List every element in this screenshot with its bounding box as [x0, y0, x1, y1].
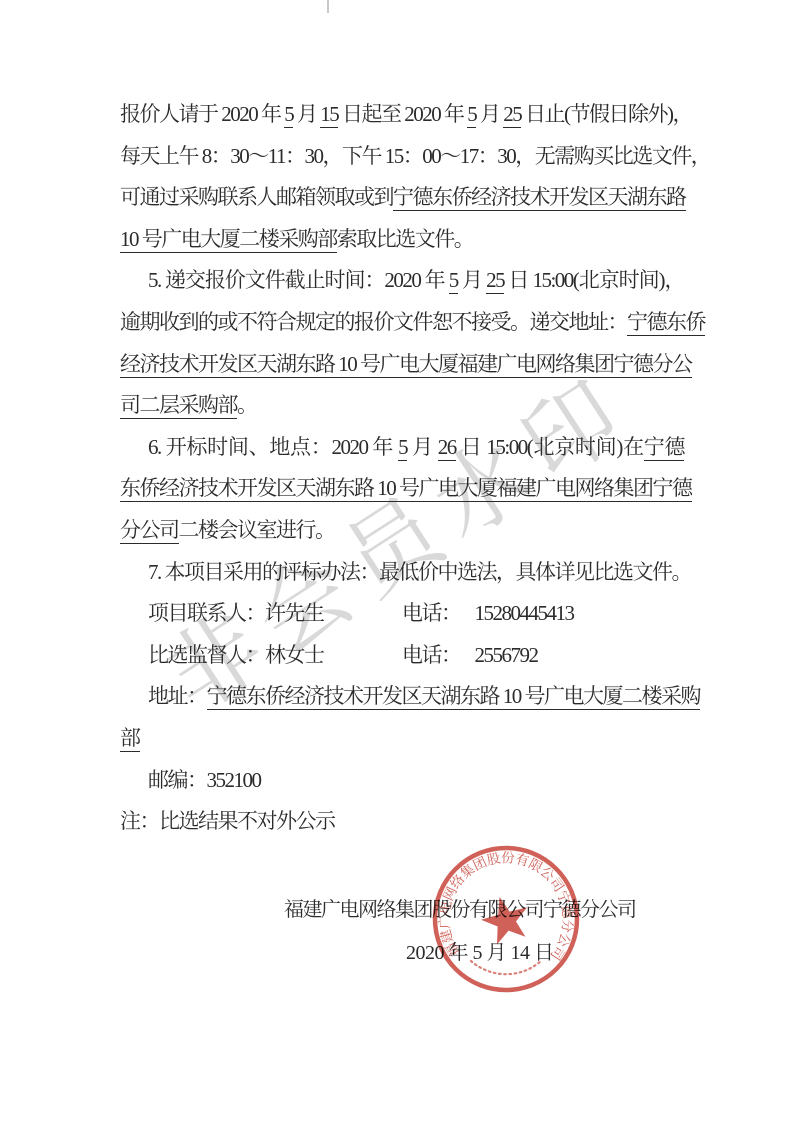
phone-number: 2556792 [475, 643, 538, 667]
text-line: 逾期收到的或不符合规定的报价文件恕不接受。递交地址：宁德东侨 [120, 302, 684, 344]
underlined-text: 10 号广电大厦二楼采购部 [120, 227, 337, 253]
underlined-text: 经济技术开发区天湖东路 10 号广电大厦福建广电网络集团宁德分公 [120, 352, 692, 378]
underlined-text: 部 [120, 726, 140, 752]
text-segment: 报价人请于 2020 年 [120, 102, 284, 126]
text-segment: 注：比选结果不对外公示 [120, 809, 335, 833]
phone-label: 电话： [402, 601, 461, 625]
contact-label: 比选监督人：林女士 [148, 635, 402, 677]
text-line: 7. 本项目采用的评标办法：最低价中选法，具体详见比选文件。 [120, 552, 684, 594]
seal-code-marks [471, 961, 541, 974]
underlined-text: 分公司 [120, 518, 179, 544]
contact-row: 项目联系人：许先生电话：15280445413 [120, 593, 684, 635]
text-segment: 可通过采购联系人邮箱领取或到 [120, 185, 393, 209]
text-segment: 月 [476, 102, 503, 126]
contact-row: 比选监督人：林女士电话：2556792 [120, 635, 684, 677]
text-line: 报价人请于 2020 年 5 月 15 日起至 2020 年 5 月 25 日止… [120, 94, 684, 136]
underlined-text: 宁德东侨经济技术开发区天湖东路 10 号广电大厦二楼采购 [207, 684, 701, 710]
text-segment: 逾期收到的或不符合规定的报价文件恕不接受。递交地址： [120, 310, 627, 334]
text-line: 可通过采购联系人邮箱领取或到宁德东侨经济技术开发区天湖东路 [120, 177, 684, 219]
text-line: 邮编：352100 [120, 760, 684, 802]
underlined-text: 5 [449, 268, 458, 294]
text-segment: 日起至 2020 年 [338, 102, 467, 126]
text-segment: 日止(节假日除外)， [521, 102, 692, 126]
text-line: 地址：宁德东侨经济技术开发区天湖东路 10 号广电大厦二楼采购 [120, 676, 684, 718]
seal-star-icon [477, 891, 535, 947]
text-segment: 二楼会议室进行。 [179, 518, 335, 542]
document-body: 报价人请于 2020 年 5 月 15 日起至 2020 年 5 月 25 日止… [120, 94, 684, 843]
underlined-text: 15 [320, 102, 338, 128]
text-segment: 地址： [148, 684, 207, 708]
underlined-text: 26 [438, 435, 456, 461]
underlined-text: 5 [467, 102, 476, 128]
underlined-text: 宁德 [644, 435, 684, 461]
text-line: 经济技术开发区天湖东路 10 号广电大厦福建广电网络集团宁德分公 [120, 344, 684, 386]
text-segment: 。 [237, 393, 257, 417]
text-segment: 日 15:00(北京时间)， [504, 268, 684, 292]
underlined-text: 25 [503, 102, 521, 128]
text-line: 5. 递交报价文件截止时间：2020 年 5 月 25 日 15:00(北京时间… [120, 260, 684, 302]
text-line: 注：比选结果不对外公示 [120, 801, 684, 843]
contact-label: 项目联系人：许先生 [148, 593, 402, 635]
text-segment: 邮编：352100 [148, 768, 261, 792]
text-line: 6. 开标时间、地点：2020 年 5 月 26 日 15:00(北京时间)在宁… [120, 427, 684, 469]
text-line: 东侨经济技术开发区天湖东路 10 号广电大厦福建广电网络集团宁德 [120, 468, 684, 510]
text-line: 分公司二楼会议室进行。 [120, 510, 684, 552]
text-segment: 月 [407, 435, 438, 459]
text-line: 每天上午 8：30～11：30，下午 15：00～17：30，无需购买比选文件， [120, 136, 684, 178]
underlined-text: 25 [486, 268, 504, 294]
text-segment: 月 [458, 268, 486, 292]
text-segment: 6. 开标时间、地点：2020 年 [148, 435, 398, 459]
underlined-text: 宁德东侨经济技术开发区天湖东路 [393, 185, 686, 211]
text-segment: 索取比选文件。 [337, 227, 474, 251]
text-segment: 每天上午 8：30～11：30，下午 15：00～17：30，无需购买比选文件， [120, 144, 710, 168]
text-segment: 日 15:00(北京时间)在 [456, 435, 644, 459]
text-segment: 5. 递交报价文件截止时间：2020 年 [148, 268, 449, 292]
underlined-text: 司二层采购部 [120, 393, 237, 419]
text-segment: 7. 本项目采用的评标办法：最低价中选法，具体详见比选文件。 [148, 560, 691, 584]
company-seal-icon: 福建广电网络集团股份有限公司宁德分公司 [428, 841, 584, 997]
underlined-text: 宁德东侨 [627, 310, 705, 336]
underlined-text: 东侨经济技术开发区天湖东路 10 号广电大厦福建广电网络集团宁德 [120, 476, 692, 502]
underlined-text: 5 [398, 435, 407, 461]
scan-artifact-mark [327, 0, 329, 13]
document-page: 非会员水印 报价人请于 2020 年 5 月 15 日起至 2020 年 5 月… [0, 0, 793, 1121]
underlined-text: 5 [284, 102, 293, 128]
text-line: 司二层采购部。 [120, 385, 684, 427]
phone-label: 电话： [402, 643, 461, 667]
text-line: 部 [120, 718, 684, 760]
text-segment: 月 [293, 102, 320, 126]
text-line: 10 号广电大厦二楼采购部索取比选文件。 [120, 219, 684, 261]
phone-number: 15280445413 [475, 601, 574, 625]
